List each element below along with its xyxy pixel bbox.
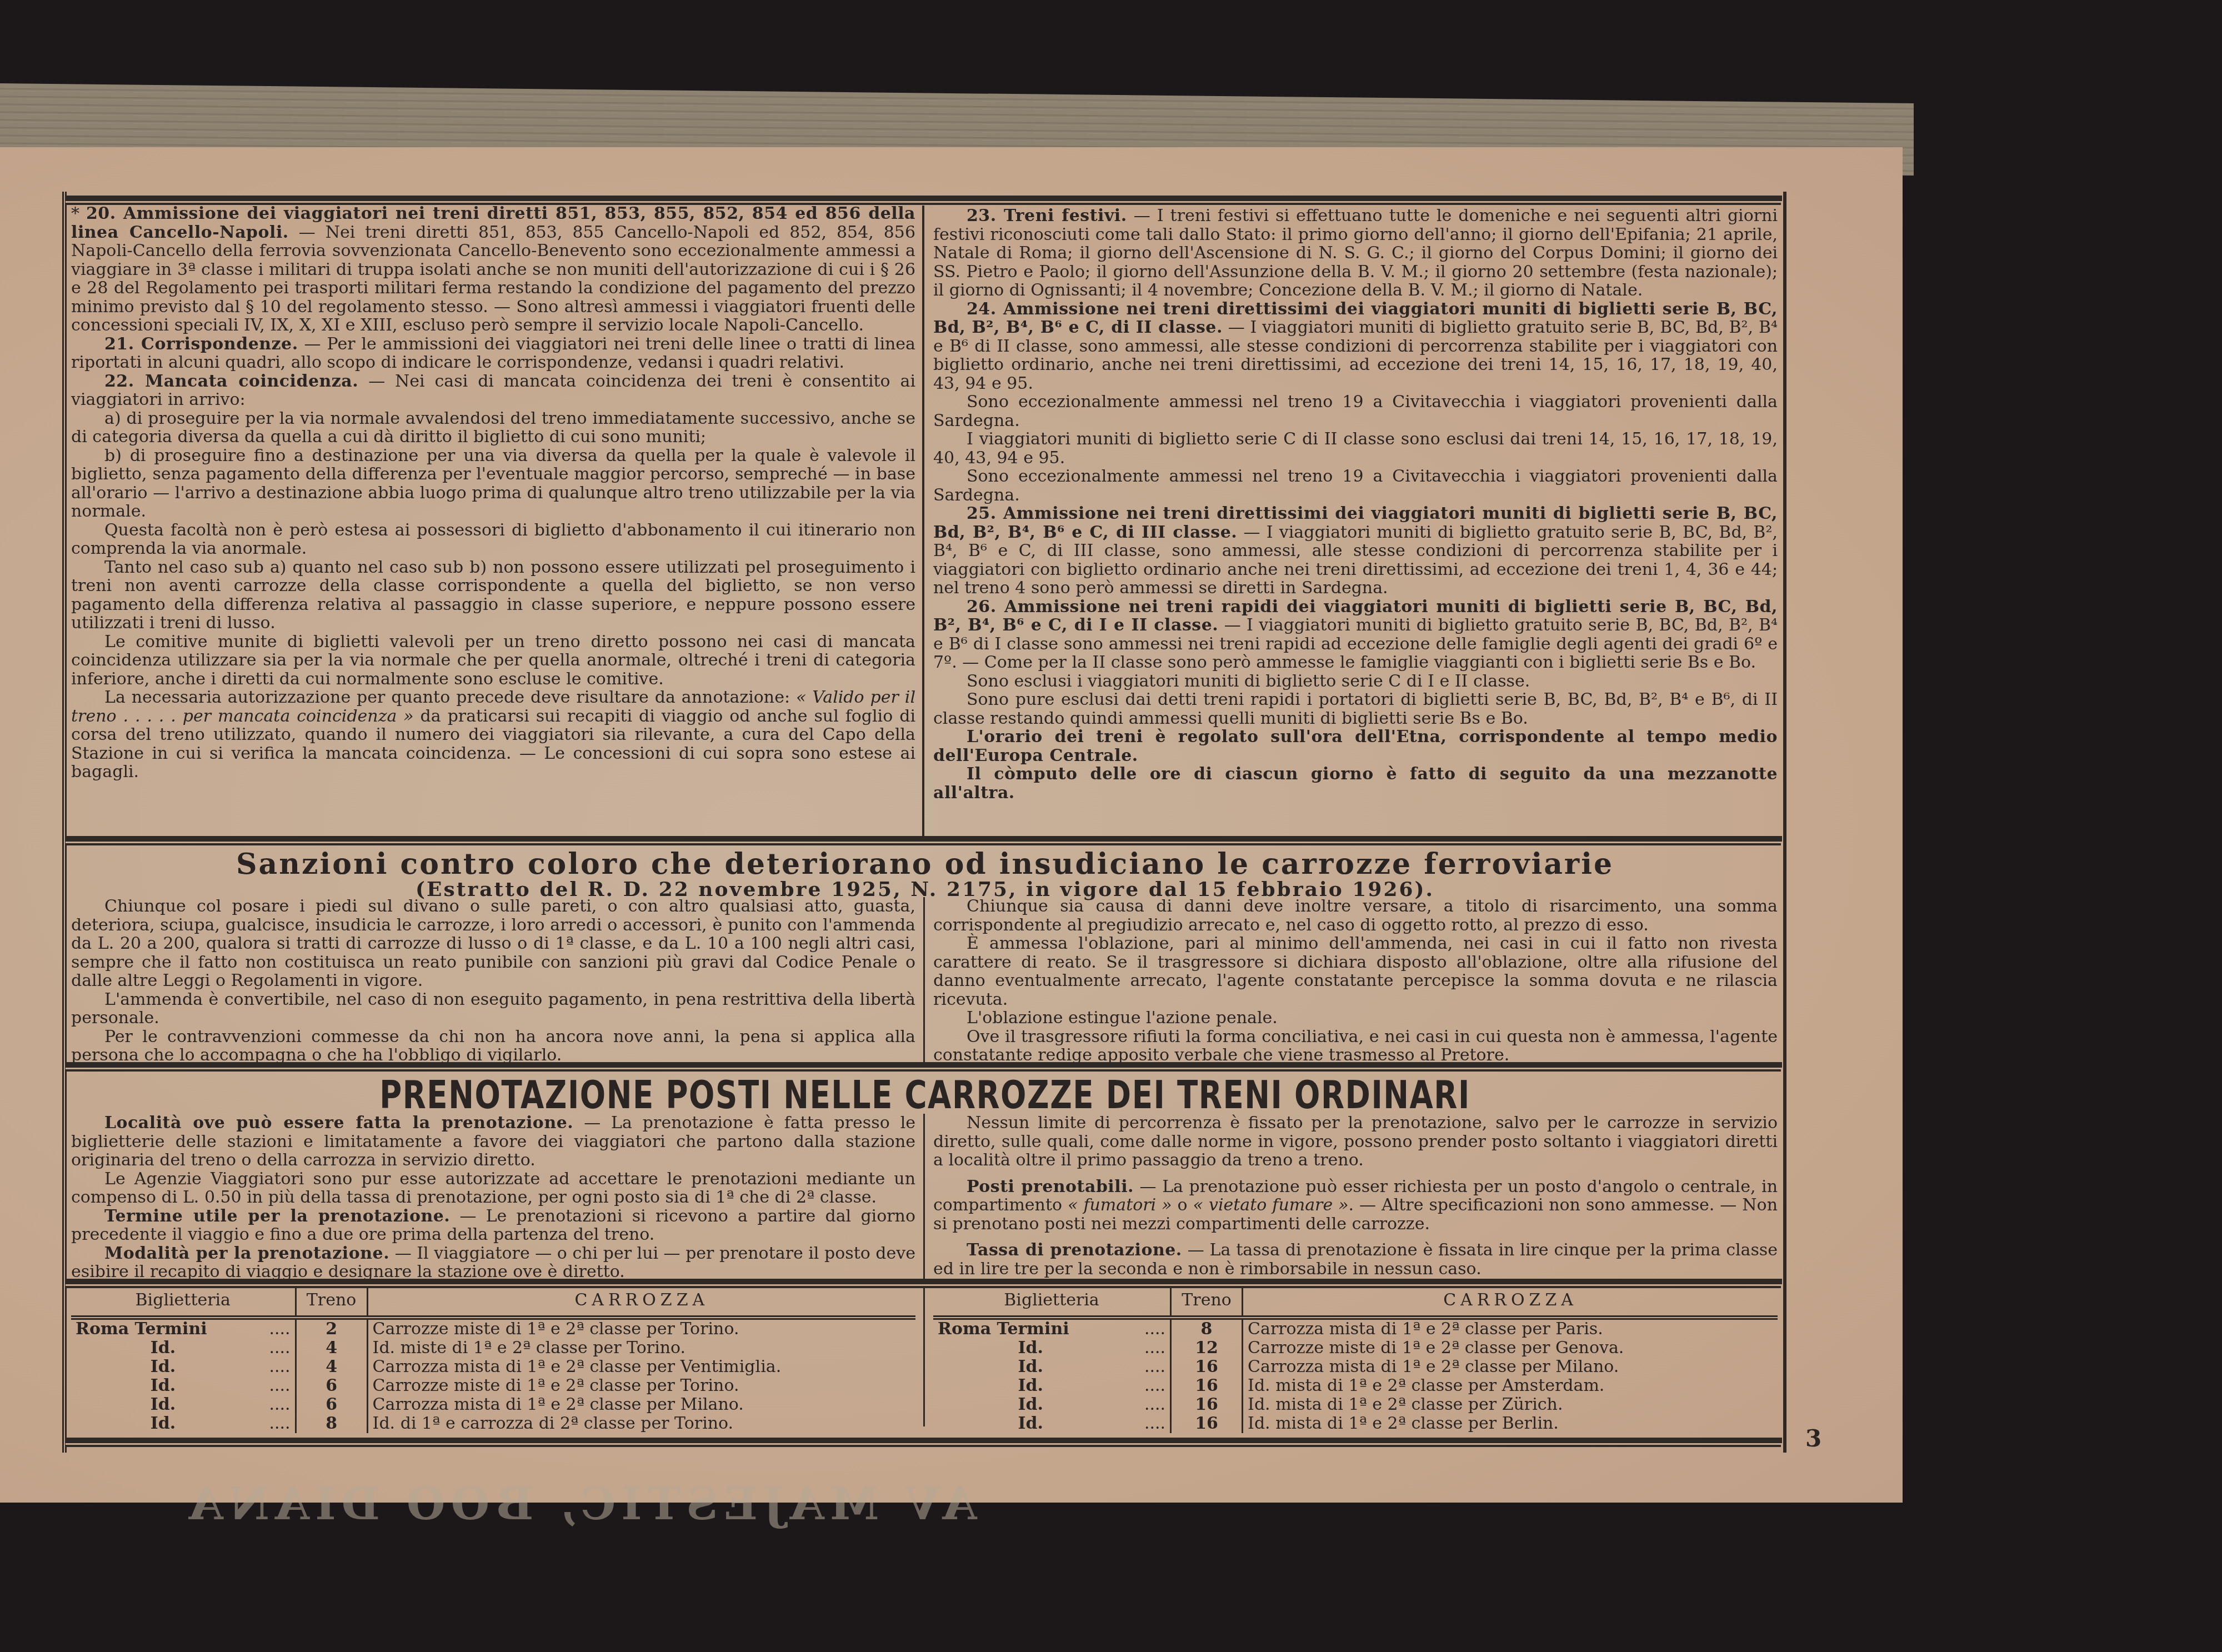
section-22-title: 22. Mancata coincidenza. [104, 372, 358, 391]
table-header-row: Biglietteria Treno CARROZZA [71, 1288, 915, 1318]
section-22-para-2: Tanto nel caso sub a) quanto nel caso su… [71, 558, 915, 633]
station-cell: Id. [933, 1395, 1128, 1414]
para-4-start: La necessaria autorizzazione per quanto … [104, 688, 790, 707]
train-cell: 16 [1171, 1358, 1243, 1376]
section-25: 25. Ammissione nei treni direttissimi de… [933, 504, 1778, 598]
modalita-para: Modalità per la prenotazione. — Il viagg… [71, 1244, 915, 1281]
carriage-cell: Carrozza mista di 1ª e 2ª classe per Mil… [367, 1395, 915, 1414]
carriage-table-left: Biglietteria Treno CARROZZA Roma Termini… [71, 1288, 915, 1433]
tables-top-rule [66, 1279, 1782, 1286]
prenotazione-top-rule [66, 1062, 1782, 1069]
carriage-cell: Carrozza mista di 1ª e 2ª classe per Mil… [1243, 1358, 1778, 1376]
hour-count-note: Il còmputo delle ore di ciascun giorno è… [933, 765, 1778, 802]
station-cell: Roma Termini [933, 1318, 1128, 1339]
fumatori-quote: « fumatori » [1068, 1195, 1172, 1215]
sanzioni-right-para-4: Ove il trasgressore rifiuti la forma con… [933, 1028, 1778, 1065]
section-24: 24. Ammissione nei treni direttissimi de… [933, 300, 1778, 393]
col-treno: Treno [1171, 1288, 1243, 1318]
station-cell: Id. [71, 1339, 255, 1358]
section-24-para-3: Sono eccezionalmente ammessi nel treno 1… [933, 467, 1778, 504]
sanzioni-left-para-3: Per le contravvenzioni commesse da chi n… [71, 1028, 915, 1065]
section-23: 23. Treni festivi. — I treni festivi si … [933, 207, 1778, 300]
limite-para: Nessun limite di percorrenza è fissato p… [933, 1114, 1778, 1170]
leader-dots: .... [255, 1358, 296, 1376]
prenotazione-left: Località ove può essere fatta la prenota… [71, 1114, 915, 1281]
modalita-title: Modalità per la prenotazione. [104, 1244, 389, 1263]
section-23-title: 23. Treni festivi. [967, 206, 1127, 226]
table-row: Id.....16Id. mista di 1ª e 2ª classe per… [933, 1414, 1778, 1433]
localita-para: Località ove può essere fatta la prenota… [71, 1114, 915, 1170]
leader-dots: .... [255, 1414, 296, 1433]
section-20: * 20. Ammissione dei viaggiatori nei tre… [71, 204, 915, 335]
leader-dots: .... [255, 1395, 296, 1414]
vietato-fumare-quote: « vietato fumare » [1193, 1195, 1349, 1215]
station-cell: Id. [71, 1358, 255, 1376]
section-24-para-2: I viaggiatori muniti di biglietto serie … [933, 430, 1778, 467]
posti-para: Posti prenotabili. — La prenotazione può… [933, 1178, 1778, 1234]
col-biglietteria: Biglietteria [933, 1288, 1171, 1318]
table-row: Id.....8Id. di 1ª e carrozza di 2ª class… [71, 1414, 915, 1433]
table-row: Id.....16Carrozza mista di 1ª e 2ª class… [933, 1358, 1778, 1376]
sanzioni-top-rule [66, 836, 1782, 843]
sanzioni-right-para-1: Chiunque sia causa di danni deve inoltre… [933, 897, 1778, 934]
column-divider-top [922, 206, 924, 836]
section-22-item-b: b) di proseguire fino a destinazione per… [71, 447, 915, 521]
section-26-para-1: Sono esclusi i viaggiatori muniti di big… [933, 672, 1778, 691]
leader-dots: .... [1128, 1339, 1170, 1358]
sanzioni-right-para-2: È ammessa l'oblazione, pari al minimo de… [933, 934, 1778, 1009]
carriage-cell: Carrozze miste di 1ª e 2ª classe per Tor… [367, 1318, 915, 1339]
section-24-para-1: Sono eccezionalmente ammessi nel treno 1… [933, 393, 1778, 430]
tassa-title: Tassa di prenotazione. [967, 1240, 1182, 1260]
prenotazione-title: PRENOTAZIONE POSTI NELLE CARROZZE DEI TR… [260, 1072, 1590, 1118]
section-21-title: 21. Corrispondenze. [104, 334, 298, 354]
station-cell: Id. [933, 1376, 1128, 1395]
section-26: 26. Ammissione nei treni rapidi dei viag… [933, 598, 1778, 672]
col-treno: Treno [296, 1288, 367, 1318]
sanzioni-left: Chiunque col posare i piedi sul divano o… [71, 897, 915, 1065]
carriage-cell: Carrozze miste di 1ª e 2ª classe per Gen… [1243, 1339, 1778, 1358]
section-22-para-4: La necessaria autorizzazione per quanto … [71, 688, 915, 782]
carriage-table-right: Biglietteria Treno CARROZZA Roma Termini… [933, 1288, 1778, 1433]
carriage-cell: Id. di 1ª e carrozza di 2ª classe per To… [367, 1414, 915, 1433]
bottom-rule [66, 1438, 1782, 1445]
station-cell: Id. [71, 1395, 255, 1414]
asterisk-marker: * [71, 204, 79, 223]
section-22-item-a: a) di proseguire per la via normale avva… [71, 409, 915, 447]
leader-dots: .... [1128, 1395, 1170, 1414]
leader-dots: .... [255, 1376, 296, 1395]
top-rule [66, 196, 1782, 203]
section-21: 21. Corrispondenze. — Per le ammissioni … [71, 335, 915, 372]
carriage-cell: Carrozza mista di 1ª e 2ª classe per Par… [1243, 1318, 1778, 1339]
posti-title: Posti prenotabili. [967, 1177, 1134, 1197]
table-row: Id.....6Carrozze miste di 1ª e 2ª classe… [71, 1376, 915, 1395]
leader-dots: .... [1128, 1318, 1170, 1339]
table-header-row: Biglietteria Treno CARROZZA [933, 1288, 1778, 1318]
leader-dots: .... [1128, 1414, 1170, 1433]
sanzioni-divider [923, 897, 925, 1064]
carriage-cell: Id. mista di 1ª e 2ª classe per Berlin. [1243, 1414, 1778, 1433]
col-carrozza: CARROZZA [1243, 1288, 1778, 1318]
station-cell: Id. [71, 1414, 255, 1433]
tassa-para: Tassa di prenotazione. — La tassa di pre… [933, 1241, 1778, 1278]
tables-divider [923, 1288, 925, 1426]
col-carrozza: CARROZZA [367, 1288, 915, 1318]
station-cell: Id. [933, 1339, 1128, 1358]
sanzioni-left-para-2: L'ammenda è convertibile, nel caso di no… [71, 990, 915, 1028]
station-cell: Id. [933, 1358, 1128, 1376]
table-row: Roma Termini....8Carrozza mista di 1ª e … [933, 1318, 1778, 1339]
show-through-text: AV MAJESTIC, BOO DIANA [183, 1478, 977, 1530]
train-cell: 2 [296, 1318, 367, 1339]
train-cell: 8 [1171, 1318, 1243, 1339]
leader-dots: .... [1128, 1376, 1170, 1395]
section-22-para-1: Questa facoltà non è però estesa ai poss… [71, 521, 915, 558]
station-cell: Roma Termini [71, 1318, 255, 1339]
train-cell: 16 [1171, 1414, 1243, 1433]
train-cell: 6 [296, 1395, 367, 1414]
termine-title: Termine utile per la prenotazione. [104, 1207, 450, 1226]
station-cell: Id. [71, 1376, 255, 1395]
page-number: 3 [1805, 1425, 1821, 1452]
sanzioni-right-para-3: L'oblazione estingue l'azione penale. [933, 1009, 1778, 1028]
station-cell: Id. [933, 1414, 1128, 1433]
sanzioni-title: Sanzioni contro coloro che deteriorano o… [72, 847, 1778, 881]
section-22: 22. Mancata coincidenza. — Nei casi di m… [71, 372, 915, 409]
leader-dots: .... [255, 1318, 296, 1339]
leader-dots: .... [255, 1339, 296, 1358]
carriage-cell: Carrozze miste di 1ª e 2ª classe per Tor… [367, 1376, 915, 1395]
carriage-cell: Id. mista di 1ª e 2ª classe per Amsterda… [1243, 1376, 1778, 1395]
carriage-cell: Id. miste di 1ª e 2ª classe per Torino. [367, 1339, 915, 1358]
train-cell: 4 [296, 1339, 367, 1358]
agenzie-para: Le Agenzie Viaggiatori sono pur esse aut… [71, 1170, 915, 1207]
train-cell: 16 [1171, 1395, 1243, 1414]
termine-para: Termine utile per la prenotazione. — Le … [71, 1207, 915, 1244]
table-row: Id.....16Id. mista di 1ª e 2ª classe per… [933, 1395, 1778, 1414]
table-row: Id.....6Carrozza mista di 1ª e 2ª classe… [71, 1395, 915, 1414]
sanzioni-left-para-1: Chiunque col posare i piedi sul divano o… [71, 897, 915, 990]
col-biglietteria: Biglietteria [71, 1288, 296, 1318]
table-row: Id.....12Carrozze miste di 1ª e 2ª class… [933, 1339, 1778, 1358]
carriage-cell: Id. mista di 1ª e 2ª classe per Zürich. [1243, 1395, 1778, 1414]
right-column: 23. Treni festivi. — I treni festivi si … [933, 207, 1778, 802]
left-column: * 20. Ammissione dei viaggiatori nei tre… [71, 204, 915, 782]
table-row: Id.....4Id. miste di 1ª e 2ª classe per … [71, 1339, 915, 1358]
train-cell: 4 [296, 1358, 367, 1376]
sanzioni-right: Chiunque sia causa di danni deve inoltre… [933, 897, 1778, 1065]
train-cell: 16 [1171, 1376, 1243, 1395]
table-row: Roma Termini....2Carrozze miste di 1ª e … [71, 1318, 915, 1339]
leader-dots: .... [1128, 1358, 1170, 1376]
prenotazione-right: Nessun limite di percorrenza è fissato p… [933, 1114, 1778, 1278]
section-22-para-3: Le comitive munite di biglietti valevoli… [71, 633, 915, 689]
train-cell: 12 [1171, 1339, 1243, 1358]
train-cell: 8 [296, 1414, 367, 1433]
time-zone-note: L'orario dei treni è regolato sull'ora d… [933, 728, 1778, 765]
carriage-cell: Carrozza mista di 1ª e 2ª classe per Ven… [367, 1358, 915, 1376]
table-row: Id.....4Carrozza mista di 1ª e 2ª classe… [71, 1358, 915, 1376]
table-row: Id.....16Id. mista di 1ª e 2ª classe per… [933, 1376, 1778, 1395]
train-cell: 6 [296, 1376, 367, 1395]
section-26-para-2: Sono pure esclusi dai detti treni rapidi… [933, 690, 1778, 728]
posti-or: o [1178, 1195, 1188, 1215]
localita-title: Località ove può essere fatta la prenota… [104, 1113, 573, 1133]
